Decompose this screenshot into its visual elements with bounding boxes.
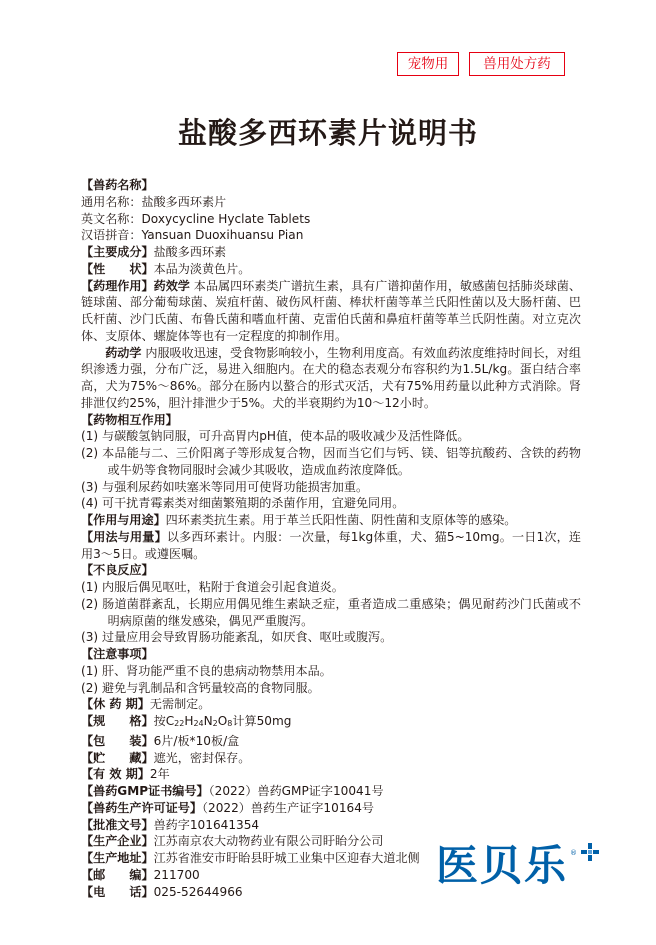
interaction-item: (3) 与强利尿药如呋塞米等同用可使肾功能损害加重。 xyxy=(81,479,581,496)
generic-name-label: 通用名称： xyxy=(81,195,141,209)
badge-group: 宠物用 兽用处方药 xyxy=(397,52,565,76)
pk-label: 药动学 xyxy=(105,346,141,360)
pet-use-badge: 宠物用 xyxy=(397,52,459,76)
appearance-value: 本品为淡黄色片。 xyxy=(154,262,251,276)
license-value: （2022）兽药生产证字10164号 xyxy=(202,801,374,815)
registered-mark: ® xyxy=(570,849,577,857)
spec-prefix: 按 xyxy=(154,714,166,728)
approval-row: 【批准文号】兽药字101641354 xyxy=(81,817,581,834)
formula-n: N xyxy=(204,714,213,728)
approval-value: 兽药字101641354 xyxy=(154,818,260,832)
section-header-interaction: 【药物相互作用】 xyxy=(81,412,581,429)
formula-o: O xyxy=(218,714,228,728)
section-header-name: 【兽药名称】 xyxy=(81,177,581,194)
brand-logo-text: 医贝乐 xyxy=(436,841,568,891)
indication-row: 【作用与用途】四环素类抗生素。用于革兰氏阳性菌、阴性菌和支原体等的感染。 xyxy=(81,512,581,529)
page-title: 盐酸多西环素片说明书 xyxy=(0,111,656,152)
gmp-value: （2022）兽药GMP证字10041号 xyxy=(209,784,384,798)
indication-value: 四环素类抗生素。用于革兰氏阳性菌、阴性菌和支原体等的感染。 xyxy=(166,513,517,527)
phone-label: 【电 话】 xyxy=(81,885,154,899)
withdrawal-label: 【休 药 期】 xyxy=(81,697,150,711)
license-label: 【兽药生产许可证号】 xyxy=(81,801,202,815)
section-header-adverse: 【不良反应】 xyxy=(81,562,581,579)
formula-sub: 22 xyxy=(174,719,184,728)
english-name-row: 英文名称：Doxycycline Hyclate Tablets xyxy=(81,211,581,228)
pk-text: 内服吸收迅速，受食物影响较小，生物利用度高。有效血药浓度维持时间长，对组织渗透力… xyxy=(81,346,581,410)
postcode-label: 【邮 编】 xyxy=(81,868,154,882)
section-header-precaution: 【注意事项】 xyxy=(81,646,581,663)
license-row: 【兽药生产许可证号】（2022）兽药生产证字10164号 xyxy=(81,800,581,817)
maker-label: 【生产企业】 xyxy=(81,834,154,848)
ingredient-row: 【主要成分】盐酸多西环素 xyxy=(81,244,581,261)
pd-label: 药效学 xyxy=(154,279,190,293)
withdrawal-row: 【休 药 期】无需制定。 xyxy=(81,696,581,713)
maker-value: 江苏南京农大动物药业有限公司盱眙分公司 xyxy=(154,834,384,848)
precaution-item: (2) 避免与乳制品和含钙量较高的食物同服。 xyxy=(81,680,581,697)
spec-label: 【规 格】 xyxy=(81,714,154,728)
pinyin-value: Yansuan Duoxihuansu Pian xyxy=(141,228,303,242)
adverse-item: (2) 肠道菌群紊乱，长期应用偶见维生素缺乏症，重者造成二重感染；偶见耐药沙门氏… xyxy=(81,596,581,630)
address-value: 江苏省淮安市盱眙县盱城工业集中区迎春大道北侧 xyxy=(154,851,420,865)
validity-row: 【有 效 期】2年 xyxy=(81,766,581,783)
generic-name-value: 盐酸多西环素片 xyxy=(141,195,226,209)
precaution-item: (1) 肝、肾功能严重不良的患病动物禁用本品。 xyxy=(81,663,581,680)
approval-label: 【批准文号】 xyxy=(81,818,154,832)
adverse-item: (3) 过量应用会导致胃肠功能紊乱，如厌食、呕吐或腹泻。 xyxy=(81,629,581,646)
package-value: 6片/板*10板/盒 xyxy=(154,734,240,748)
appearance-label: 【性 状】 xyxy=(81,262,154,276)
adverse-item: (1) 内服后偶见呕吐，粘附于食道会引起食道炎。 xyxy=(81,579,581,596)
generic-name-row: 通用名称：盐酸多西环素片 xyxy=(81,194,581,211)
gmp-row: 【兽药GMP证书编号】（2022）兽药GMP证字10041号 xyxy=(81,783,581,800)
vet-prescription-badge: 兽用处方药 xyxy=(469,52,565,76)
validity-label: 【有 效 期】 xyxy=(81,767,150,781)
withdrawal-value: 无需制定。 xyxy=(150,697,210,711)
brand-logo: 医贝乐 ® xyxy=(436,841,599,891)
ingredient-value: 盐酸多西环素 xyxy=(154,245,227,259)
plus-cross-icon xyxy=(581,843,599,865)
dosage-label: 【用法与用量】 xyxy=(81,530,167,544)
pharmacology-label: 【药理作用】 xyxy=(81,279,154,293)
english-name-label: 英文名称： xyxy=(81,212,141,226)
interaction-item: (1) 与碳酸氢钠同服，可升高胃内pH值，使本品的吸收减少及活性降低。 xyxy=(81,428,581,445)
spec-suffix: 计算50mg xyxy=(232,714,291,728)
pharmacokinetics-paragraph: 药动学 内服吸收迅速，受食物影响较小，生物利用度高。有效血药浓度维持时间长，对组… xyxy=(81,345,581,412)
pinyin-row: 汉语拼音：Yansuan Duoxihuansu Pian xyxy=(81,227,581,244)
appearance-row: 【性 状】本品为淡黄色片。 xyxy=(81,261,581,278)
phone-value: 025-52644966 xyxy=(154,885,243,899)
formula-c: C xyxy=(166,714,174,728)
dosage-row: 【用法与用量】以多西环素计。内服：一次量，每1kg体重，犬、猫5~10mg。一日… xyxy=(81,529,581,563)
ingredient-label: 【主要成分】 xyxy=(81,245,154,259)
instruction-body: 【兽药名称】 通用名称：盐酸多西环素片 英文名称：Doxycycline Hyc… xyxy=(81,177,581,900)
validity-value: 2年 xyxy=(150,767,170,781)
storage-value: 遮光，密封保存。 xyxy=(154,751,251,765)
gmp-label: 【兽药GMP证书编号】 xyxy=(81,784,209,798)
formula-sub: 24 xyxy=(193,719,203,728)
english-name-value: Doxycycline Hyclate Tablets xyxy=(141,212,310,226)
pharmacodynamics-paragraph: 【药理作用】药效学 本品属四环素类广谱抗生素，具有广谱抑菌作用，敏感菌包括肺炎球… xyxy=(81,278,581,345)
storage-label: 【贮 藏】 xyxy=(81,751,154,765)
pinyin-label: 汉语拼音： xyxy=(81,228,141,242)
postcode-value: 211700 xyxy=(154,868,200,882)
package-row: 【包 装】6片/板*10板/盒 xyxy=(81,733,581,750)
indication-label: 【作用与用途】 xyxy=(81,513,166,527)
interaction-item: (2) 本品能与二、三价阳离子等形成复合物，因而当它们与钙、镁、铝等抗酸药、含铁… xyxy=(81,445,581,479)
package-label: 【包 装】 xyxy=(81,734,154,748)
interaction-item: (4) 可干扰青霉素类对细菌繁殖期的杀菌作用，宜避免同用。 xyxy=(81,495,581,512)
spec-row: 【规 格】按C22H24N2O8计算50mg xyxy=(81,713,581,733)
storage-row: 【贮 藏】遮光，密封保存。 xyxy=(81,750,581,767)
address-label: 【生产地址】 xyxy=(81,851,154,865)
